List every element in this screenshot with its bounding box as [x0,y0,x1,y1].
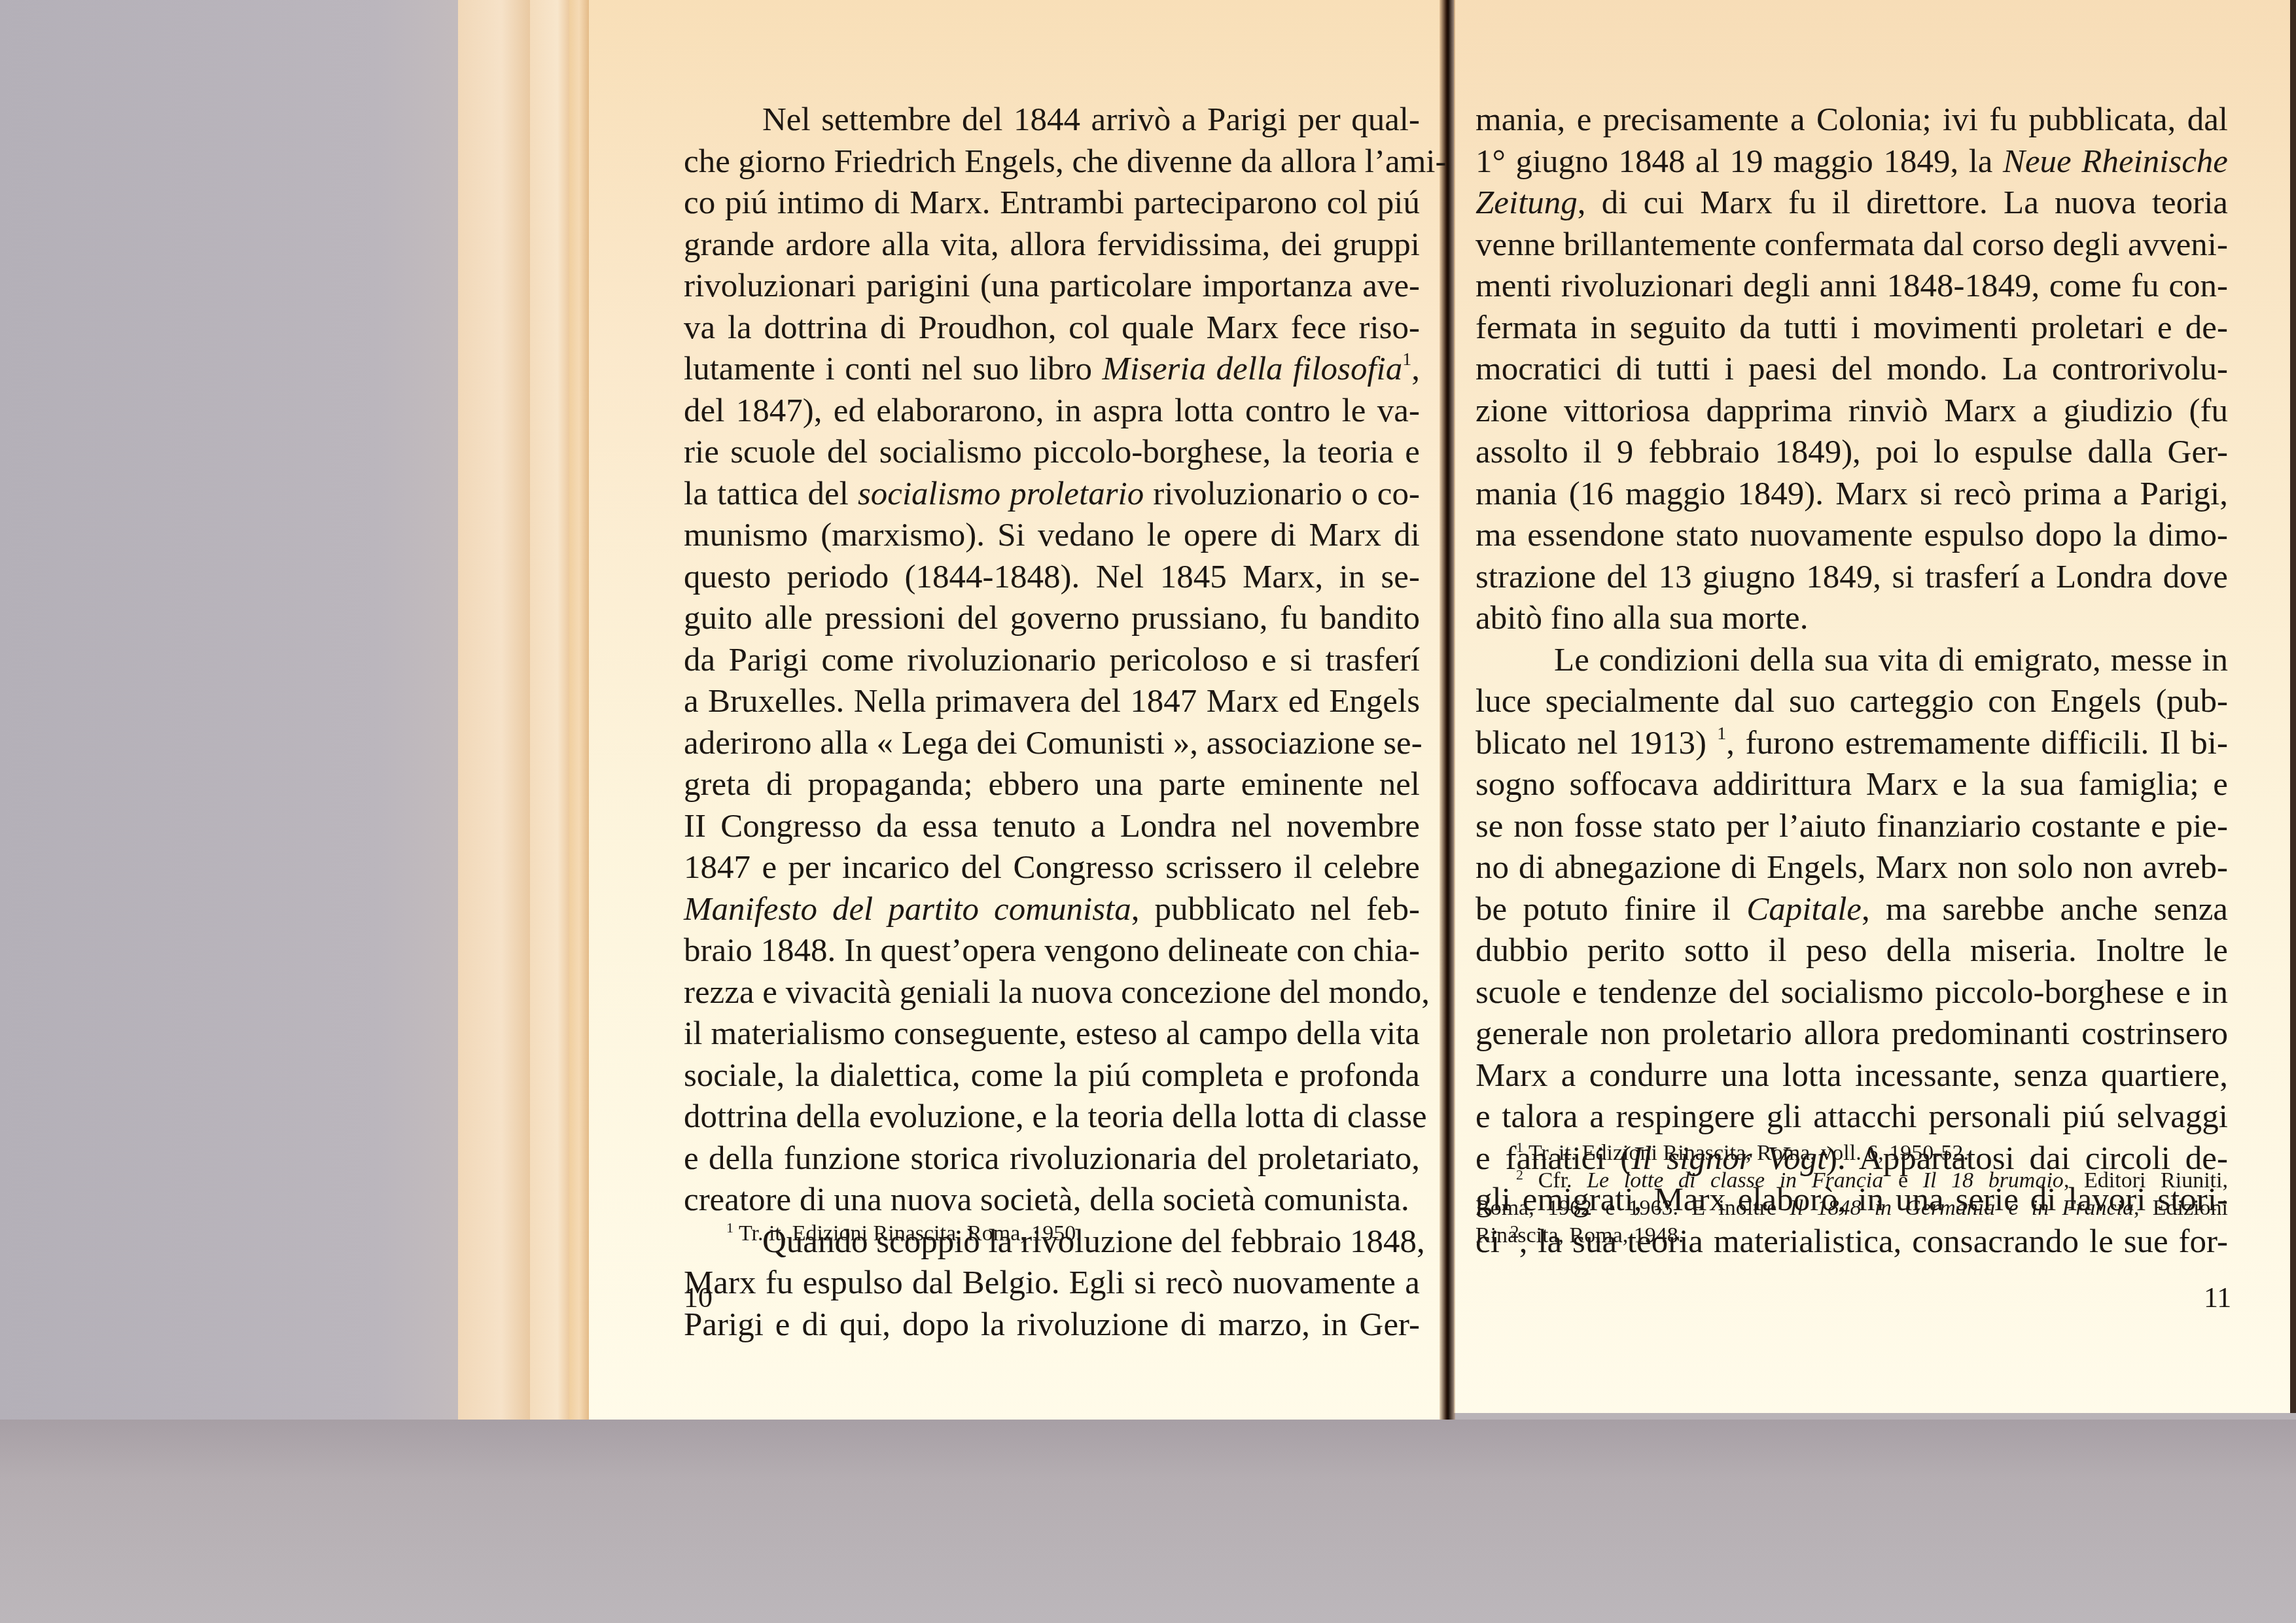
text-line: abitò fino alla sua morte. [1475,598,2228,640]
text-line: creatore di una nuova società, della soc… [684,1179,1420,1221]
text-line: del 1847), ed elaborarono, in aspra lott… [684,391,1420,432]
text-line: il materialismo conseguente, esteso al c… [684,1013,1420,1055]
text-line: grande ardore alla vita, allora fervidis… [684,224,1420,266]
text-line: zione vittoriosa dapprima rinviò Marx a … [1475,391,2228,432]
footnote: 1 Tr. it. Edizioni Rinascita, Roma, voll… [1475,1140,2228,1167]
text-line: munismo (marxismo). Si vedano le opere d… [684,515,1420,557]
text-line: greta di propaganda; ebbero una parte em… [684,764,1420,806]
text-line: mocratici di tutti i paesi del mondo. La… [1475,349,2228,391]
text-line: strazione del 13 giugno 1849, si trasfer… [1475,557,2228,599]
footnote: 2 Cfr. Le lotte di classe in Francia e I… [1475,1167,2228,1195]
text-line: se non fosse stato per l’aiuto finanziar… [1475,806,2228,848]
scanner-background [0,0,471,1623]
left-footnotes: 1 Tr. it. Edizioni Rinascita, Roma, 1950… [726,1220,1413,1248]
footnote-continuation: Roma, 1962 e 1963. E inoltre Il 1848 in … [1475,1195,2228,1222]
book-title: Miseria della filosofia [1102,351,1402,387]
text-line: co piú intimo di Marx. Entrambi partecip… [684,183,1420,224]
text-line: e talora a respingere gli attacchi perso… [1475,1096,2228,1138]
right-footnotes: 1 Tr. it. Edizioni Rinascita, Roma, voll… [1475,1140,2228,1249]
text-line: rezza e vivacità geniali la nuova concez… [684,972,1420,1014]
text-line: lutamente i conti nel suo libro Miseria … [684,349,1420,391]
text-line: assolto il 9 febbraio 1849), poi lo espu… [1475,432,2228,474]
text-line: sociale, la dialettica, come la piú comp… [684,1055,1420,1097]
text-line: la tattica del socialismo proletario riv… [684,474,1420,515]
book-title: Capitale [1746,891,1862,928]
text-line: Marx a condurre una lotta incessante, se… [1475,1055,2228,1097]
text-line: Manifesto del partito comunista, pubblic… [684,889,1420,931]
scanner-background-bottom [0,1420,2296,1623]
text-line: dottrina della evoluzione, e la teoria d… [684,1096,1420,1138]
left-page-body: Nel settembre del 1844 arrivò a Parigi p… [684,99,1420,1346]
page-edge-stack [458,0,530,1433]
newspaper-title: Zeitung [1475,184,1578,221]
text-line: be potuto finire il Capitale, ma sarebbe… [1475,889,2228,931]
text-line: scuole e tendenze del socialismo piccolo… [1475,972,2228,1014]
text-line: II Congresso da essa tenuto a Londra nel… [684,806,1420,848]
text-line: 1° giugno 1848 al 19 maggio 1849, la Neu… [1475,141,2228,183]
text-line: fermata in seguito da tutti i movimenti … [1475,307,2228,349]
page-edge-stack [530,0,569,1433]
text-line: dubbio perito sotto il peso della miseri… [1475,930,2228,972]
text-line: blicato nel 1913) 1, furono estremamente… [1475,723,2228,765]
newspaper-title: Neue Rheinische [2003,143,2228,180]
footnote-number: 1 [726,1219,733,1236]
text-line: e della funzione storica rivoluzionaria … [684,1138,1420,1180]
text-line: rie scuole del socialismo piccolo-borghe… [684,432,1420,474]
right-page-edge [2290,0,2296,1413]
footnote-number: 2 [1516,1166,1523,1183]
footnote-continuation: Rinascita, Roma, 1948. [1475,1222,2228,1249]
book-gutter [1439,0,1455,1426]
text-line: generale non proletario allora predomina… [1475,1013,2228,1055]
text-line: a Bruxelles. Nella primavera del 1847 Ma… [684,681,1420,723]
text-line: menti rivoluzionari degli anni 1848-1849… [1475,266,2228,307]
text-line: questo periodo (1844-1848). Nel 1845 Mar… [684,557,1420,599]
footnote-ref: 1 [1717,724,1726,744]
book-title: Manifesto del partito comunista [684,891,1131,928]
text-line: va la dottrina di Proudhon, col quale Ma… [684,307,1420,349]
page-edge-stack [569,0,589,1433]
text-line: Le condizioni della sua vita di emigrato… [1475,640,2228,682]
text-line: Parigi e di qui, dopo la rivoluzione di … [684,1304,1420,1346]
text-line: aderirono alla « Lega dei Comunisti », a… [684,723,1420,765]
text-line: mania, e precisamente a Colonia; ivi fu … [1475,99,2228,141]
text-line: ma essendone stato nuovamente espulso do… [1475,515,2228,557]
text-line: che giorno Friedrich Engels, che divenne… [684,141,1420,183]
text-line: sogno soffocava addirittura Marx e la su… [1475,764,2228,806]
text-line: mania (16 maggio 1849). Marx si recò pri… [1475,474,2228,515]
book-scan: Nel settembre del 1844 arrivò a Parigi p… [0,0,2296,1623]
text-line: guito alle pressioni del governo prussia… [684,598,1420,640]
text-line: da Parigi come rivoluzionario pericoloso… [684,640,1420,682]
text-line: no di abnegazione di Engels, Marx non so… [1475,847,2228,889]
emphasis: socialismo proletario [858,476,1144,512]
right-page-body: mania, e precisamente a Colonia; ivi fu … [1475,99,2228,1263]
text-line: Nel settembre del 1844 arrivò a Parigi p… [684,99,1420,141]
page-number: 11 [2204,1281,2231,1314]
footnote-number: 1 [1516,1139,1523,1155]
text-line: luce specialmente dal suo carteggio con … [1475,681,2228,723]
text-line: Marx fu espulso dal Belgio. Egli si recò… [684,1263,1420,1304]
footnote-ref: 1 [1402,349,1411,370]
page-number: 10 [684,1281,713,1314]
text-line: venne brillantemente confermata dal cors… [1475,224,2228,266]
text-line: Zeitung, di cui Marx fu il direttore. La… [1475,183,2228,224]
text-line: 1847 e per incarico del Congresso scriss… [684,847,1420,889]
text-line: rivoluzionari parigini (una particolare … [684,266,1420,307]
footnote: 1 Tr. it. Edizioni Rinascita, Roma, 1950… [726,1220,1413,1248]
text-line: braio 1848. In quest’opera vengono delin… [684,930,1420,972]
